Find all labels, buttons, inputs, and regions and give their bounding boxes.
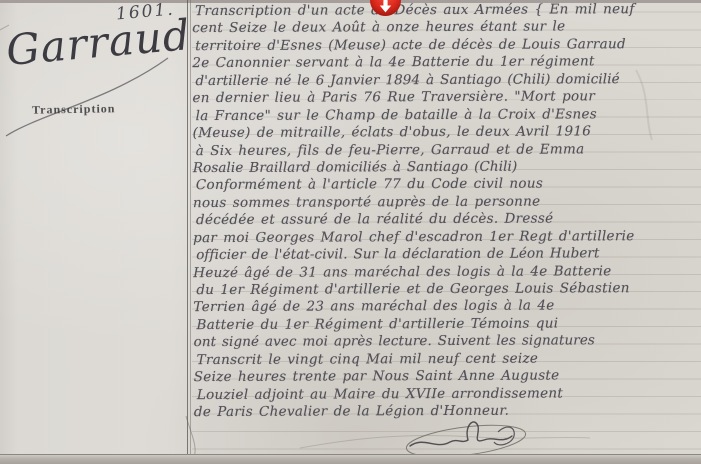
margin-name-garraud: Garraud xyxy=(4,10,192,75)
act-line: cent Seize le deux Août à onze heures ét… xyxy=(192,18,700,38)
act-line: en dernier lieu à Paris 76 Rue Traversiè… xyxy=(192,88,700,108)
transcription-stamp: Transcription xyxy=(32,101,116,117)
act-line: Batterie du 1er Régiment d'artillerie Té… xyxy=(196,315,701,335)
act-line: (Meuse) de mitraille, éclats d'obus, le … xyxy=(193,123,701,143)
position-marker-pin[interactable] xyxy=(369,0,402,17)
register-scan-page: 1601. Garraud Transcription Transcriptio… xyxy=(0,0,701,464)
act-line: Louziel adjoint au Maire du XVIIe arrond… xyxy=(197,385,701,405)
act-line: Rosalie Braillard domiciliés à Santiago … xyxy=(193,158,701,178)
act-line: officier de l'état-civil. Sur la déclara… xyxy=(196,245,701,265)
act-line: territoire d'Esnes (Meuse) acte de décès… xyxy=(195,36,700,56)
down-arrow-icon xyxy=(369,0,402,17)
act-line: Conformément à l'article 77 du Code civi… xyxy=(196,175,701,195)
act-line: du 1er Régiment d'artillerie et de Georg… xyxy=(196,280,701,300)
act-body-text: Transcription d'un acte de Décès aux Arm… xyxy=(192,1,701,422)
act-line: ont signé avec moi après lecture. Suiven… xyxy=(194,332,701,352)
act-line: d'artillerie né le 6 Janvier 1894 à Sant… xyxy=(195,71,700,91)
margin-rule xyxy=(187,0,188,456)
act-line: Heuzé âgé de 31 ans maréchal des logis à… xyxy=(193,262,701,282)
act-line: Transcrit le vingt cinq Mai mil neuf cen… xyxy=(197,350,701,370)
scan-bottom-edge xyxy=(0,454,701,464)
act-line: 2e Canonnier servant à la 4e Batterie du… xyxy=(192,53,700,73)
act-line: à Six heures, fils de feu-Pierre, Garrau… xyxy=(196,140,701,160)
act-line: décédée et assuré de la réalité du décès… xyxy=(196,210,701,230)
act-line: nous sommes transporté auprès de la pers… xyxy=(193,193,701,213)
act-line: la France" sur le Champ de bataille à la… xyxy=(196,106,701,126)
act-line: Transcription d'un acte de Décès aux Arm… xyxy=(195,1,700,21)
act-line: Seize heures trente par Nous Saint Anne … xyxy=(194,367,701,387)
act-line: Terrien âgé de 23 ans maréchal des logis… xyxy=(193,297,701,317)
margin-rule-inner xyxy=(190,0,191,456)
act-line: par moi Georges Marol chef d'escadron 1e… xyxy=(193,228,701,248)
act-line: de Paris Chevalier de la Légion d'Honneu… xyxy=(194,402,701,422)
